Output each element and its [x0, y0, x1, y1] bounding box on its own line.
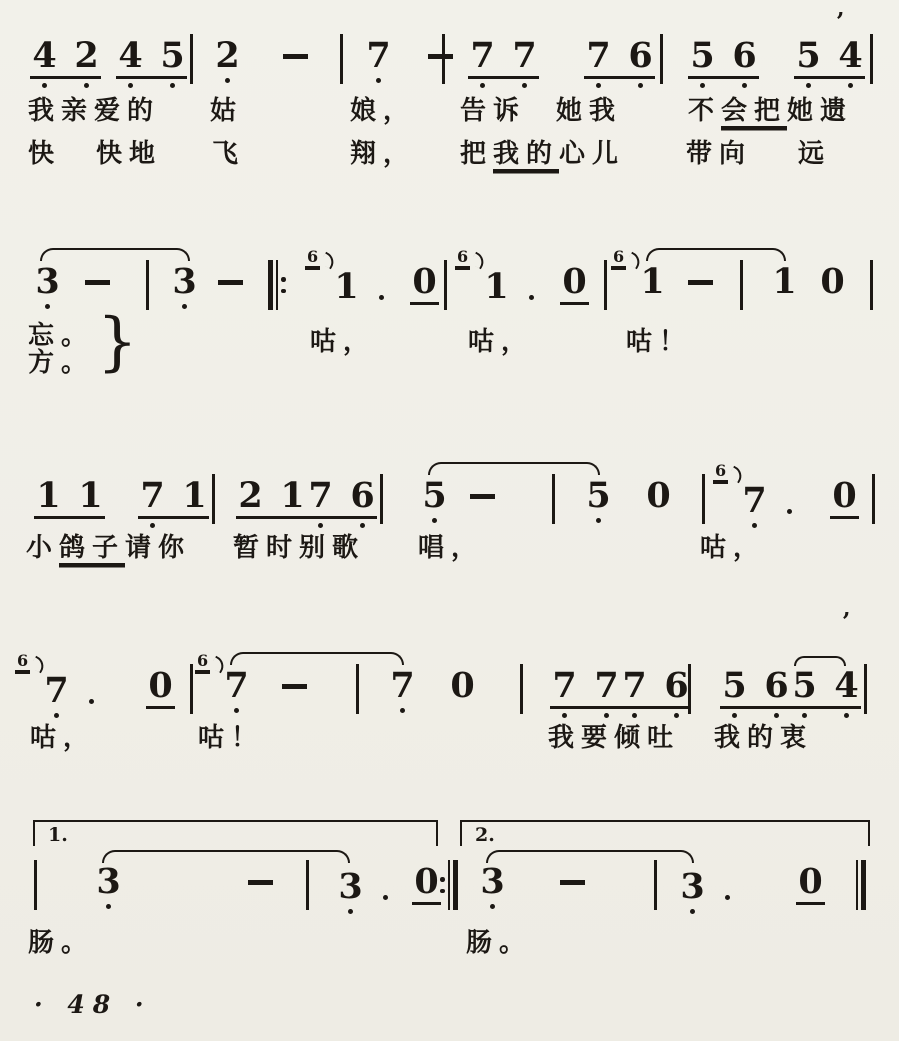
augmentation-dot	[375, 264, 388, 305]
duration-dash	[283, 54, 308, 59]
grace-note: 6	[611, 247, 635, 267]
note-number: 1	[279, 478, 306, 514]
lyric-segment: 她我	[556, 96, 622, 126]
lyric-segment: 暂时别歌	[233, 533, 365, 563]
dot-icon	[440, 877, 445, 882]
octave-dot-cell	[791, 713, 818, 718]
lyric-segment: 不会把她遗	[688, 96, 853, 126]
tie-arc	[486, 850, 694, 863]
note-number: 7	[43, 673, 70, 709]
octave-dot-cell	[689, 83, 716, 88]
lyric-segment: 快地	[96, 139, 162, 169]
dot-icon	[529, 295, 534, 300]
lyric-text: 会把	[721, 96, 787, 127]
lyric-segment: 忘。	[28, 321, 94, 351]
octave-dot-icon	[742, 83, 747, 88]
octave-dot-icon	[490, 904, 495, 909]
octave-dot-icon	[844, 713, 849, 718]
octave-dot-cell	[593, 713, 620, 718]
octave-dot-cell	[795, 83, 822, 88]
octave-dot-cell	[171, 304, 198, 309]
barline	[444, 260, 447, 310]
note-token: 0	[560, 264, 589, 305]
note-digit-row: 54	[790, 668, 861, 709]
lyric-text: 我的衷	[714, 723, 813, 753]
note-digit-row: 54	[794, 38, 865, 79]
note-digit-row: 3	[94, 864, 123, 900]
note-token: 67	[222, 668, 251, 713]
octave-dot-icon	[596, 518, 601, 523]
octave-dot-row	[584, 83, 655, 88]
dot-icon	[440, 889, 445, 894]
note-digit-row: 11	[34, 478, 105, 519]
octave-dot-row	[94, 904, 123, 909]
bar-thick	[861, 860, 866, 910]
lyric-segment: 方。	[28, 348, 94, 378]
lyric-segment: 咕，	[468, 327, 534, 357]
barline	[34, 860, 37, 910]
lyric-text: 远	[798, 139, 831, 169]
lyric-segment: 咕，	[30, 723, 96, 753]
grace-note: 6	[455, 247, 479, 267]
barline	[872, 474, 875, 524]
octave-dot-row	[138, 523, 209, 528]
note-number: 0	[413, 864, 440, 900]
barline	[146, 260, 149, 310]
octave-dot-row	[790, 713, 861, 718]
note-number: 7	[139, 478, 166, 514]
octave-dot-icon	[752, 523, 757, 528]
octave-dot-icon	[170, 83, 175, 88]
octave-dot-row	[42, 713, 99, 718]
lyric-text: 带向	[686, 139, 752, 169]
slur-arc	[794, 656, 846, 666]
duration-dash	[428, 54, 453, 59]
lyric-segment: 咕，	[310, 327, 376, 357]
note-number: 4	[833, 668, 860, 704]
note-number: 1	[181, 478, 208, 514]
octave-dot-icon	[42, 83, 47, 88]
note-digit-row: 76	[620, 668, 691, 709]
note-digit-row: 5	[420, 478, 449, 514]
note-number: 0	[797, 864, 824, 900]
note-number: 7	[223, 668, 250, 704]
lyric-segment: 肠。	[466, 928, 532, 958]
note-digit-row: 0	[818, 264, 847, 300]
note-number: 7	[593, 668, 620, 704]
note-token: 56	[720, 668, 791, 718]
note-digit-row: 0	[412, 864, 441, 905]
note-number: 6	[349, 478, 376, 514]
octave-dot-cell	[421, 518, 448, 523]
tie-arc	[40, 248, 190, 261]
note-number: 1	[77, 478, 104, 514]
note-digit-row: 1	[482, 264, 539, 305]
note-digit-row: 7	[740, 478, 797, 519]
octave-dot-cell	[95, 904, 122, 909]
barline	[864, 664, 867, 714]
dot-icon	[281, 277, 286, 282]
note-number: 2	[214, 38, 241, 74]
octave-dot-cell	[349, 523, 376, 528]
lyric-segment: 咕！	[198, 723, 264, 753]
octave-dot-icon	[234, 708, 239, 713]
octave-dot-icon	[690, 909, 695, 914]
dot-icon	[787, 509, 792, 514]
barline	[740, 260, 743, 310]
lyric-segment: 唱，	[418, 533, 484, 563]
lyric-segment: 飞	[212, 139, 245, 169]
octave-dot-cell	[34, 304, 61, 309]
note-token: 61	[482, 264, 539, 305]
octave-dot-row	[584, 518, 613, 523]
lyric-segment: 咕，	[700, 533, 766, 563]
lyric-segment: 咕！	[626, 327, 692, 357]
lyric-segment: 告诉	[460, 96, 526, 126]
note-number: 3	[679, 869, 706, 905]
note-number: 3	[337, 869, 364, 905]
note-number: 6	[731, 38, 758, 74]
dot-icon	[281, 289, 286, 294]
lyric-text: 咕，	[30, 723, 96, 753]
bar-thick	[453, 860, 458, 910]
note-token: 3	[170, 264, 199, 309]
note-digit-row: 3	[336, 864, 393, 905]
octave-dot-icon	[732, 713, 737, 718]
repeat-dots-icon	[281, 277, 286, 293]
lyric-segment: 我的衷	[714, 723, 813, 753]
note-number: 0	[819, 264, 846, 300]
note-digit-row: 1	[332, 264, 389, 305]
barline	[190, 664, 193, 714]
octave-dot-icon	[774, 713, 779, 718]
note-token: 0	[146, 668, 175, 709]
lyric-segment: 姑	[210, 96, 243, 126]
note-token: 0	[412, 864, 441, 905]
note-number: 1	[771, 264, 798, 300]
note-token: 56	[688, 38, 759, 88]
note-number: 7	[511, 38, 538, 74]
octave-dot-icon	[225, 78, 230, 83]
octave-dot-cell	[139, 523, 166, 528]
note-number: 3	[95, 864, 122, 900]
note-digit-row: 42	[30, 38, 101, 79]
octave-dot-row	[688, 83, 759, 88]
lyric-text: 我亲爱的	[28, 96, 160, 126]
octave-dot-cell	[627, 83, 654, 88]
note-number: 3	[34, 264, 61, 300]
note-digit-row: 2	[213, 38, 242, 74]
barline	[870, 260, 873, 310]
octave-dot-row	[478, 904, 507, 909]
lyric-segment: 带向	[686, 139, 752, 169]
note-token: 0	[448, 668, 477, 704]
note-digit-row: 21	[236, 478, 307, 519]
octave-dot-cell	[585, 83, 612, 88]
note-number: 3	[479, 864, 506, 900]
octave-dot-row	[720, 713, 791, 718]
note-digit-row: 56	[720, 668, 791, 709]
octave-dot-cell	[469, 83, 496, 88]
note-digit-row: 0	[448, 668, 477, 704]
grace-number: 6	[455, 249, 470, 267]
octave-dot-cell	[585, 518, 612, 523]
grace-number: 6	[15, 653, 30, 671]
note-digit-row: 45	[116, 38, 187, 79]
grace-note: 6	[713, 461, 737, 481]
octave-dot-cell	[31, 83, 58, 88]
note-digit-row: 0	[410, 264, 439, 305]
octave-dot-icon	[376, 78, 381, 83]
note-digit-row: 77	[550, 668, 621, 709]
note-number: 6	[763, 668, 790, 704]
note-number: 1	[483, 269, 510, 305]
octave-dot-icon	[596, 83, 601, 88]
lyric-segment: 我要倾吐	[548, 723, 680, 753]
note-token: 7	[364, 38, 393, 83]
note-token: 76	[620, 668, 691, 718]
octave-dot-row	[468, 83, 539, 88]
note-number: 5	[159, 38, 186, 74]
note-number: 7	[585, 38, 612, 74]
lyric-segment: 我亲爱的	[28, 96, 160, 126]
lyric-text: 把	[460, 139, 493, 169]
note-token: 2	[213, 38, 242, 83]
tie-arc	[646, 248, 786, 261]
tie-arc	[230, 652, 404, 665]
octave-dot-row	[116, 83, 187, 88]
octave-dot-icon	[318, 523, 323, 528]
octave-dot-row	[170, 304, 199, 309]
note-number: 2	[237, 478, 264, 514]
verse-brace: }	[97, 310, 138, 374]
lyric-text: 咕，	[700, 533, 766, 563]
lyric-text: 方。	[28, 348, 94, 378]
octave-dot-row	[420, 518, 449, 523]
augmentation-dot	[379, 864, 392, 905]
octave-dot-icon	[150, 523, 155, 528]
octave-dot-cell	[214, 78, 241, 83]
note-token: 3	[478, 864, 507, 909]
grace-note: 6	[195, 651, 219, 671]
octave-dot-icon	[638, 83, 643, 88]
note-digit-row: 7	[364, 38, 393, 74]
note-digit-row: 56	[688, 38, 759, 79]
note-token: 3	[336, 864, 393, 914]
lyric-text: 告诉	[460, 96, 526, 126]
barline	[604, 260, 607, 310]
octave-dot-cell	[679, 909, 706, 914]
note-digit-row: 76	[306, 478, 377, 519]
lyric-text: 姑	[210, 96, 243, 126]
note-digit-row: 71	[138, 478, 209, 519]
lyric-segment: 快	[28, 139, 61, 169]
lyric-text: 唱，	[418, 533, 484, 563]
note-digit-row: 3	[678, 864, 735, 905]
augmentation-dot	[783, 478, 796, 519]
octave-dot-cell	[389, 708, 416, 713]
bar-thin	[856, 860, 858, 910]
barline	[212, 474, 215, 524]
octave-dot-cell	[365, 78, 392, 83]
octave-dot-icon	[480, 83, 485, 88]
lyric-text: 咕！	[198, 723, 264, 753]
barline	[688, 664, 691, 714]
note-token: 77	[468, 38, 539, 88]
octave-dot-icon	[84, 83, 89, 88]
octave-dot-icon	[348, 909, 353, 914]
note-number: 3	[171, 264, 198, 300]
note-number: 0	[645, 478, 672, 514]
note-number: 1	[639, 264, 666, 300]
bar-thin	[276, 260, 278, 310]
barline	[380, 474, 383, 524]
duration-dash	[560, 880, 585, 885]
grace-number: 6	[611, 249, 626, 267]
note-token: 42	[30, 38, 101, 88]
lyric-text: 飞	[212, 139, 245, 169]
note-token: 11	[34, 478, 105, 519]
note-number: 5	[795, 38, 822, 74]
page-number: · 48 ·	[34, 990, 152, 1019]
octave-dot-cell	[511, 83, 538, 88]
note-token: 0	[410, 264, 439, 305]
note-digit-row: 7	[42, 668, 99, 709]
barline	[654, 860, 657, 910]
octave-dot-cell	[159, 83, 186, 88]
dot-icon	[383, 895, 388, 900]
note-token: 0	[796, 864, 825, 905]
note-digit-row: 3	[33, 264, 62, 300]
octave-dot-icon	[802, 713, 807, 718]
lyric-text: 我的	[493, 139, 559, 170]
note-token: 0	[830, 478, 859, 519]
note-number: 1	[333, 269, 360, 305]
grace-number: 6	[195, 653, 210, 671]
tie-arc	[428, 462, 600, 475]
note-token: 67	[42, 668, 99, 718]
octave-dot-icon	[604, 713, 609, 718]
final-barline	[856, 860, 866, 910]
octave-dot-row	[678, 909, 735, 914]
barline	[870, 34, 873, 84]
volta-number: 2.	[475, 824, 495, 846]
note-digit-row: 3	[170, 264, 199, 300]
volta-number: 1.	[48, 824, 68, 846]
note-number: 7	[389, 668, 416, 704]
octave-dot-row	[740, 523, 797, 528]
octave-dot-cell	[337, 909, 364, 914]
note-token: 21	[236, 478, 307, 519]
note-number: 1	[35, 478, 62, 514]
note-number: 5	[585, 478, 612, 514]
note-number: 0	[411, 264, 438, 300]
note-token: 76	[584, 38, 655, 88]
lyric-text: 心儿	[559, 139, 625, 169]
note-number: 4	[31, 38, 58, 74]
note-token: 54	[794, 38, 865, 88]
barline	[356, 664, 359, 714]
octave-dot-cell	[741, 523, 768, 528]
repeat-begin-barline	[268, 260, 286, 310]
octave-dot-cell	[479, 904, 506, 909]
bar-thin	[448, 860, 450, 910]
octave-dot-cell	[731, 83, 758, 88]
note-number: 7	[551, 668, 578, 704]
octave-dot-cell	[721, 713, 748, 718]
note-number: 7	[469, 38, 496, 74]
lyric-segment: 肠。	[28, 928, 94, 958]
note-digit-row: 7	[388, 668, 417, 704]
octave-dot-icon	[632, 713, 637, 718]
barline	[520, 664, 523, 714]
duration-dash	[218, 280, 243, 285]
note-token: 77	[550, 668, 621, 718]
note-number: 5	[791, 668, 818, 704]
lyric-text: 肠。	[466, 928, 532, 958]
lyric-text: 忘。	[28, 321, 94, 351]
duration-dash	[85, 280, 110, 285]
barline	[340, 34, 343, 84]
lyric-text: 肠。	[28, 928, 94, 958]
octave-dot-icon	[360, 523, 365, 528]
note-token: 1	[770, 264, 799, 300]
note-token: 61	[332, 264, 389, 305]
barline	[442, 34, 445, 84]
octave-dot-row	[30, 83, 101, 88]
note-number: 7	[307, 478, 334, 514]
grace-note: 6	[305, 247, 329, 267]
barline	[190, 34, 193, 84]
barline	[660, 34, 663, 84]
note-number: 6	[627, 38, 654, 74]
note-token: 67	[740, 478, 797, 528]
octave-dot-cell	[307, 523, 334, 528]
note-number: 2	[73, 38, 100, 74]
note-token: 61	[638, 264, 667, 300]
note-number: 0	[449, 668, 476, 704]
note-token: 5	[420, 478, 449, 523]
note-number: 5	[689, 38, 716, 74]
note-digit-row: 0	[830, 478, 859, 519]
volta-bracket: 2.	[460, 820, 870, 846]
octave-dot-row	[794, 83, 865, 88]
lyric-text: 快地	[96, 139, 162, 169]
note-number: 0	[831, 478, 858, 514]
barline	[552, 474, 555, 524]
octave-dot-cell	[223, 708, 250, 713]
lyric-text: 咕，	[468, 327, 534, 357]
note-digit-row: 77	[468, 38, 539, 79]
sheet-music-page: · 48 · 42452777765654’我亲爱的姑娘，告诉她我不会把她遗快快…	[0, 0, 899, 1041]
octave-dot-icon	[128, 83, 133, 88]
lyric-segment: 远	[798, 139, 831, 169]
note-digit-row: 76	[584, 38, 655, 79]
note-number: 5	[721, 668, 748, 704]
note-number: 7	[621, 668, 648, 704]
note-digit-row: 5	[584, 478, 613, 514]
octave-dot-icon	[54, 713, 59, 718]
octave-dot-row	[222, 708, 251, 713]
lyric-text: 翔，	[350, 139, 416, 169]
octave-dot-cell	[117, 83, 144, 88]
note-digit-row: 0	[796, 864, 825, 905]
note-token: 3	[678, 864, 735, 914]
lyric-text: 不	[688, 96, 721, 126]
lyric-text: 娘，	[350, 96, 416, 126]
note-digit-row: 7	[222, 668, 251, 704]
octave-dot-icon	[182, 304, 187, 309]
